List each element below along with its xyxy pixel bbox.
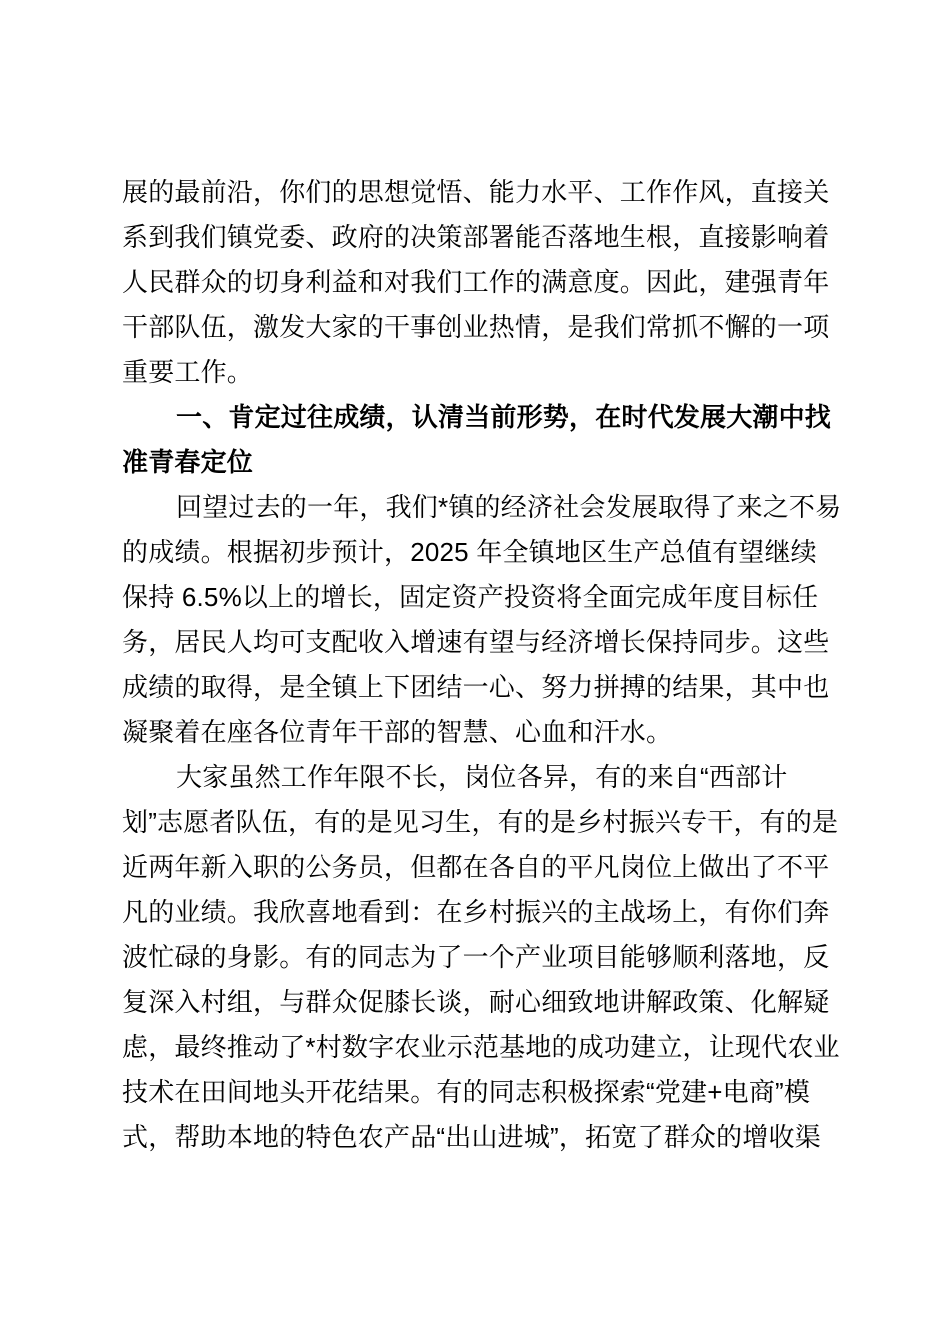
body-paragraph: 回望过去的一年，我们*镇的经济社会发展取得了来之不易的成绩。根据初步预计，202… bbox=[122, 485, 834, 755]
text-line: 重要工作。 bbox=[122, 350, 834, 395]
heading-line: 一、肯定过往成绩，认清当前形势，在时代发展大潮中找 bbox=[122, 395, 834, 440]
text-line: 人民群众的切身利益和对我们工作的满意度。因此，建强青年 bbox=[122, 260, 834, 305]
text-line: 式，帮助本地的特色农产品“出山进城”，拓宽了群众的增收渠 bbox=[122, 1115, 834, 1160]
document-text-block: 展的最前沿，你们的思想觉悟、能力水平、工作作风，直接关系到我们镇党委、政府的决策… bbox=[122, 170, 834, 1160]
text-line: 干部队伍，激发大家的干事创业热情，是我们常抓不懈的一项 bbox=[122, 305, 834, 350]
text-line: 大家虽然工作年限不长，岗位各异，有的来自“西部计 bbox=[122, 755, 834, 800]
text-line: 复深入村组，与群众促膝长谈，耐心细致地讲解政策、化解疑 bbox=[122, 980, 834, 1025]
text-line: 凝聚着在座各位青年干部的智慧、心血和汗水。 bbox=[122, 710, 834, 755]
text-line: 成绩的取得，是全镇上下团结一心、努力拼搏的结果，其中也 bbox=[122, 665, 834, 710]
text-line: 系到我们镇党委、政府的决策部署能否落地生根，直接影响着 bbox=[122, 215, 834, 260]
heading-line: 准青春定位 bbox=[122, 440, 834, 485]
text-line: 保持 6.5%以上的增长，固定资产投资将全面完成年度目标任 bbox=[122, 575, 834, 620]
text-line: 划”志愿者队伍，有的是见习生，有的是乡村振兴专干，有的是 bbox=[122, 800, 834, 845]
text-line: 凡的业绩。我欣喜地看到：在乡村振兴的主战场上，有你们奔 bbox=[122, 890, 834, 935]
text-line: 的成绩。根据初步预计，2025 年全镇地区生产总值有望继续 bbox=[122, 530, 834, 575]
text-line: 展的最前沿，你们的思想觉悟、能力水平、工作作风，直接关 bbox=[122, 170, 834, 215]
text-line: 近两年新入职的公务员，但都在各自的平凡岗位上做出了不平 bbox=[122, 845, 834, 890]
document-page: 展的最前沿，你们的思想觉悟、能力水平、工作作风，直接关系到我们镇党委、政府的决策… bbox=[0, 0, 950, 1344]
section-heading: 一、肯定过往成绩，认清当前形势，在时代发展大潮中找准青春定位 bbox=[122, 395, 834, 485]
text-line: 虑，最终推动了*村数字农业示范基地的成功建立，让现代农业 bbox=[122, 1025, 834, 1070]
body-paragraph-continued: 展的最前沿，你们的思想觉悟、能力水平、工作作风，直接关系到我们镇党委、政府的决策… bbox=[122, 170, 834, 395]
text-line: 回望过去的一年，我们*镇的经济社会发展取得了来之不易 bbox=[122, 485, 834, 530]
body-paragraph: 大家虽然工作年限不长，岗位各异，有的来自“西部计划”志愿者队伍，有的是见习生，有… bbox=[122, 755, 834, 1160]
text-line: 波忙碌的身影。有的同志为了一个产业项目能够顺利落地，反 bbox=[122, 935, 834, 980]
text-line: 技术在田间地头开花结果。有的同志积极探索“党建+电商”模 bbox=[122, 1070, 834, 1115]
text-line: 务，居民人均可支配收入增速有望与经济增长保持同步。这些 bbox=[122, 620, 834, 665]
